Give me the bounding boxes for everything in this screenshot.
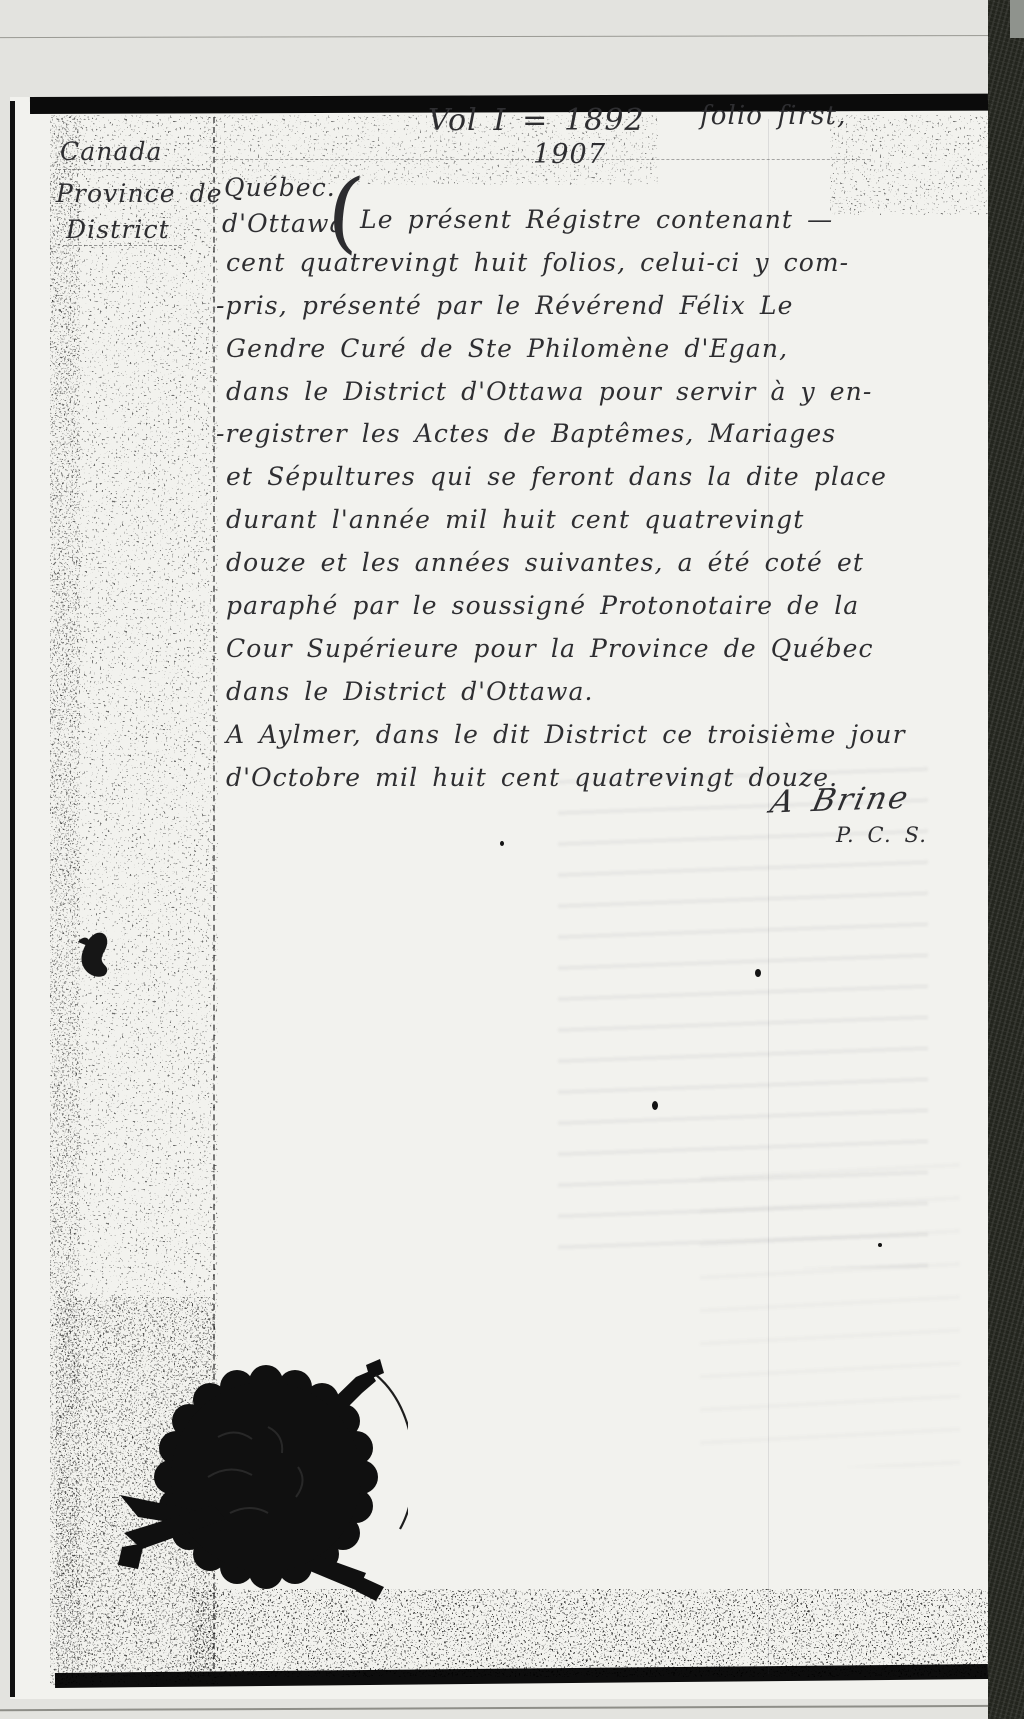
book-binding-edge (988, 0, 1024, 1719)
binding-corner-patch (1010, 0, 1024, 38)
folio-annotation: folio first, (700, 101, 846, 131)
left-edge-speckle (50, 115, 80, 1685)
scanner-bottom-line (0, 1705, 1024, 1711)
district-underline (64, 245, 182, 246)
handwritten-line: cent quatrevingt huit folios, celui-ci y… (226, 248, 906, 291)
ink-blot-mark (72, 912, 124, 982)
margin-province-label: Province de (56, 179, 223, 208)
handwritten-line: -pris, présenté par le Révérend Félix Le (216, 291, 906, 334)
handwritten-line: -registrer les Actes de Baptêmes, Mariag… (216, 419, 906, 462)
handwritten-line: et Sépultures qui se feront dans la dite… (226, 462, 906, 505)
notarial-seal (118, 1347, 408, 1617)
country-underline (58, 169, 210, 170)
handwritten-line: Gendre Curé de Ste Philomène d'Egan, (226, 334, 906, 377)
page-left-border (10, 101, 15, 1697)
scanned-register-page: Vol I = 1892 1907 folio first, Canada Pr… (10, 97, 988, 1699)
margin-district-label: District (66, 215, 170, 244)
handwritten-line: A Aylmer, dans le dit District ce troisi… (226, 720, 906, 763)
page-bottom-border (55, 1664, 988, 1688)
signature-initials: P. C. S. (836, 823, 927, 847)
top-right-speckle (830, 115, 988, 215)
volume-second-year: 1907 (533, 139, 606, 170)
handwritten-line: durant l'année mil huit cent quatrevingt (226, 505, 906, 548)
header-dashed-line (215, 159, 870, 160)
handwritten-line: dans le District d'Ottawa. (226, 677, 906, 720)
ink-speck (755, 969, 761, 977)
scanner-top-line (0, 35, 1024, 38)
handwritten-line: Cour Supérieure pour la Province de Québ… (226, 634, 906, 677)
handwritten-line: paraphé par le soussigné Protonotaire de… (226, 591, 906, 634)
ink-bleedthrough-ghost (700, 1147, 960, 1467)
ink-speck (652, 1101, 658, 1110)
volume-annotation: Vol I = 1892 (428, 103, 645, 138)
handwritten-paragraph: Le présent Régistre contenant — cent qua… (226, 205, 906, 805)
handwritten-line: dans le District d'Ottawa pour servir à … (226, 377, 906, 420)
handwritten-line: douze et les années suivantes, a été cot… (226, 548, 906, 591)
ink-speck (500, 841, 504, 846)
margin-province-value: Québec. (224, 173, 336, 202)
margin-country: Canada (60, 137, 163, 166)
ink-speck (878, 1243, 882, 1247)
handwritten-line: Le présent Régistre contenant — (360, 205, 906, 248)
